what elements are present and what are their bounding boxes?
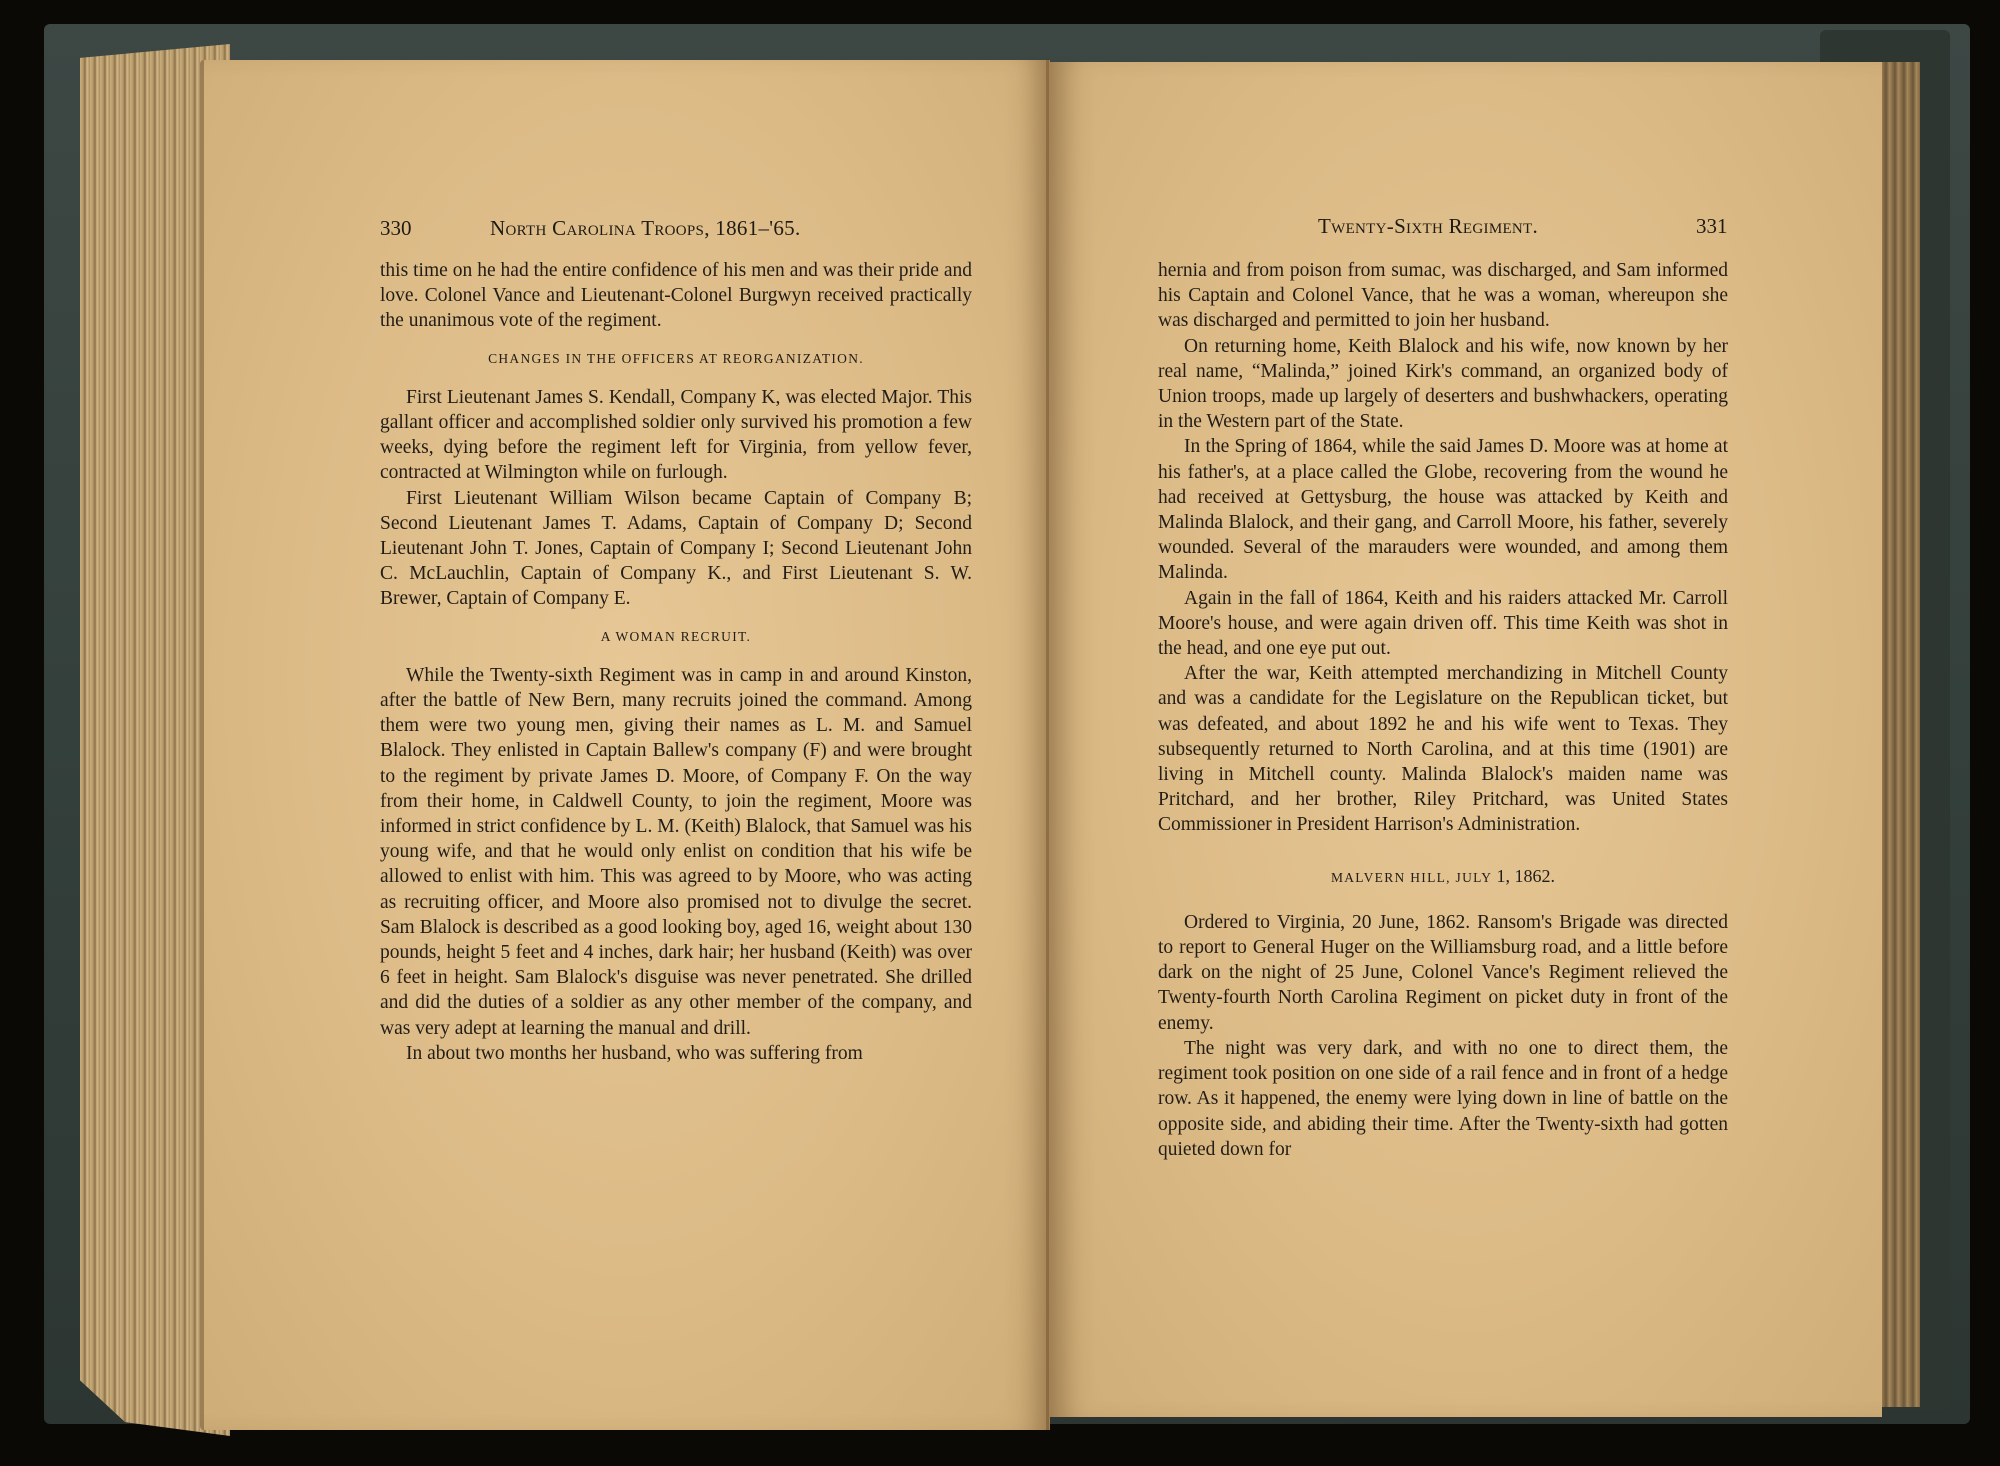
running-head-left: North Carolina Troops, 1861–'65. <box>490 216 801 241</box>
paragraph: First Lieutenant William Wilson became C… <box>380 486 972 612</box>
section-heading: A WOMAN RECRUIT. <box>380 624 972 649</box>
section-heading: CHANGES IN THE OFFICERS AT REORGANIZATIO… <box>380 346 972 371</box>
paragraph: Again in the fall of 1864, Keith and his… <box>1158 586 1728 662</box>
page-number-right: 331 <box>1696 214 1728 239</box>
running-head-right: Twenty-Sixth Regiment. <box>1318 214 1538 239</box>
paragraph: In about two months her husband, who was… <box>380 1041 972 1066</box>
paragraph: this time on he had the entire confidenc… <box>380 258 972 334</box>
paragraph: First Lieutenant James S. Kendall, Compa… <box>380 385 972 486</box>
page-number-left: 330 <box>380 216 412 241</box>
book-gutter <box>1046 58 1049 1430</box>
section-heading: MALVERN HILL, JULY 1, 1862. <box>1158 864 1728 890</box>
paragraph: The night was very dark, and with no one… <box>1158 1036 1728 1162</box>
paragraph: Ordered to Virginia, 20 June, 1862. Rans… <box>1158 910 1728 1036</box>
paragraph: After the war, Keith attempted merchandi… <box>1158 661 1728 837</box>
section-heading-date: 1, 1862. <box>1497 866 1556 886</box>
paragraph: While the Twenty-sixth Regiment was in c… <box>380 663 972 1041</box>
right-page-body: hernia and from poison from sumac, was d… <box>1158 258 1728 1162</box>
paragraph: In the Spring of 1864, while the said Ja… <box>1158 434 1728 585</box>
left-page-body: this time on he had the entire confidenc… <box>380 258 972 1066</box>
page-edges-right <box>1880 62 1920 1407</box>
section-heading-text: MALVERN HILL, JULY <box>1331 870 1492 885</box>
paragraph: On returning home, Keith Blalock and his… <box>1158 334 1728 435</box>
paragraph: hernia and from poison from sumac, was d… <box>1158 258 1728 334</box>
